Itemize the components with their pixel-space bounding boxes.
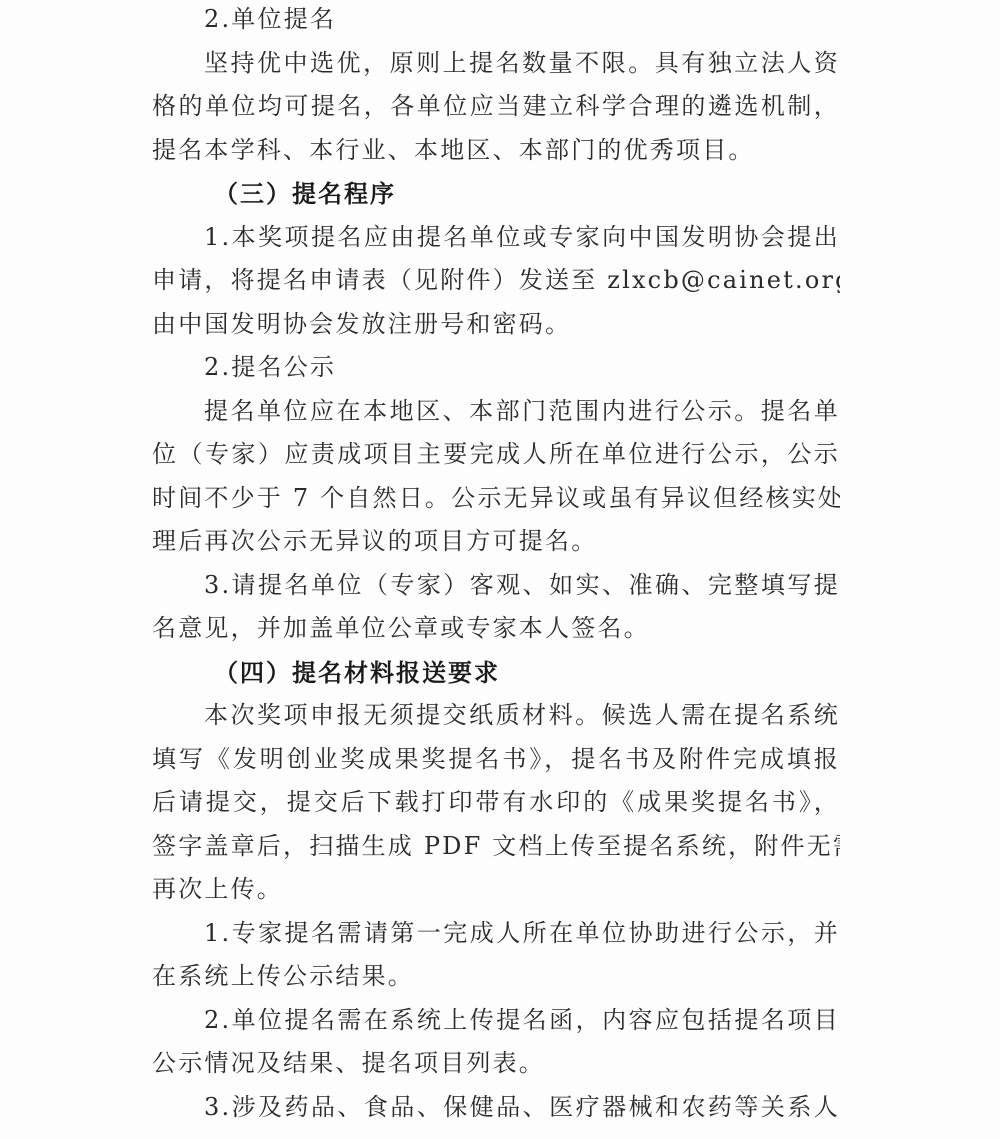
paragraph-line: 本次奖项申报无须提交纸质材料。候选人需在提名系统 — [152, 694, 840, 738]
paragraph-line: 2.单位提名需在系统上传提名函，内容应包括提名项目 — [152, 999, 840, 1043]
paragraph-line: 在系统上传公示结果。 — [152, 955, 840, 999]
paragraph-line: 提名本学科、本行业、本地区、本部门的优秀项目。 — [152, 129, 840, 173]
paragraph-line: 3.请提名单位（专家）客观、如实、准确、完整填写提 — [152, 564, 840, 608]
document-page: 2.单位提名 坚持优中选优，原则上提名数量不限。具有独立法人资 格的单位均可提名… — [0, 0, 1000, 1139]
paragraph-line: 由中国发明协会发放注册号和密码。 — [152, 303, 840, 347]
paragraph-line: 名意见，并加盖单位公章或专家本人签名。 — [152, 607, 840, 651]
paragraph-line: 公示情况及结果、提名项目列表。 — [152, 1042, 840, 1086]
paragraph-line: 签字盖章后，扫描生成 PDF 文档上传至提名系统，附件无需 — [152, 825, 840, 869]
paragraph-line: 再次上传。 — [152, 868, 840, 912]
paragraph-line: 1.本奖项提名应由提名单位或专家向中国发明协会提出 — [152, 216, 840, 260]
section-heading-submission-requirements: （四）提名材料报送要求 — [152, 651, 840, 695]
paragraph-line: 坚持优中选优，原则上提名数量不限。具有独立法人资 — [152, 42, 840, 86]
paragraph-line: 1.专家提名需请第一完成人所在单位协助进行公示，并 — [152, 912, 840, 956]
paragraph-line: 理后再次公示无异议的项目方可提名。 — [152, 520, 840, 564]
document-body: 2.单位提名 坚持优中选优，原则上提名数量不限。具有独立法人资 格的单位均可提名… — [152, 0, 840, 1129]
paragraph-line: 后请提交，提交后下载打印带有水印的《成果奖提名书》， — [152, 781, 840, 825]
paragraph-line: 填写《发明创业奖成果奖提名书》，提名书及附件完成填报 — [152, 738, 840, 782]
subheading-unit-nomination: 2.单位提名 — [152, 0, 840, 42]
paragraph-line: 时间不少于 7 个自然日。公示无异议或虽有异议但经核实处 — [152, 477, 840, 521]
paragraph-line: 3.涉及药品、食品、保健品、医疗器械和农药等关系人 — [152, 1086, 840, 1130]
subheading-nomination-publicity: 2.提名公示 — [152, 346, 840, 390]
section-heading-nomination-procedure: （三）提名程序 — [152, 172, 840, 216]
paragraph-line-email: 申请，将提名申请表（见附件）发送至 zlxcb@cainet.org.cn， — [152, 259, 840, 303]
paragraph-line: 格的单位均可提名，各单位应当建立科学合理的遴选机制， — [152, 85, 840, 129]
paragraph-line: 提名单位应在本地区、本部门范围内进行公示。提名单 — [152, 390, 840, 434]
paragraph-line: 位（专家）应责成项目主要完成人所在单位进行公示，公示 — [152, 433, 840, 477]
